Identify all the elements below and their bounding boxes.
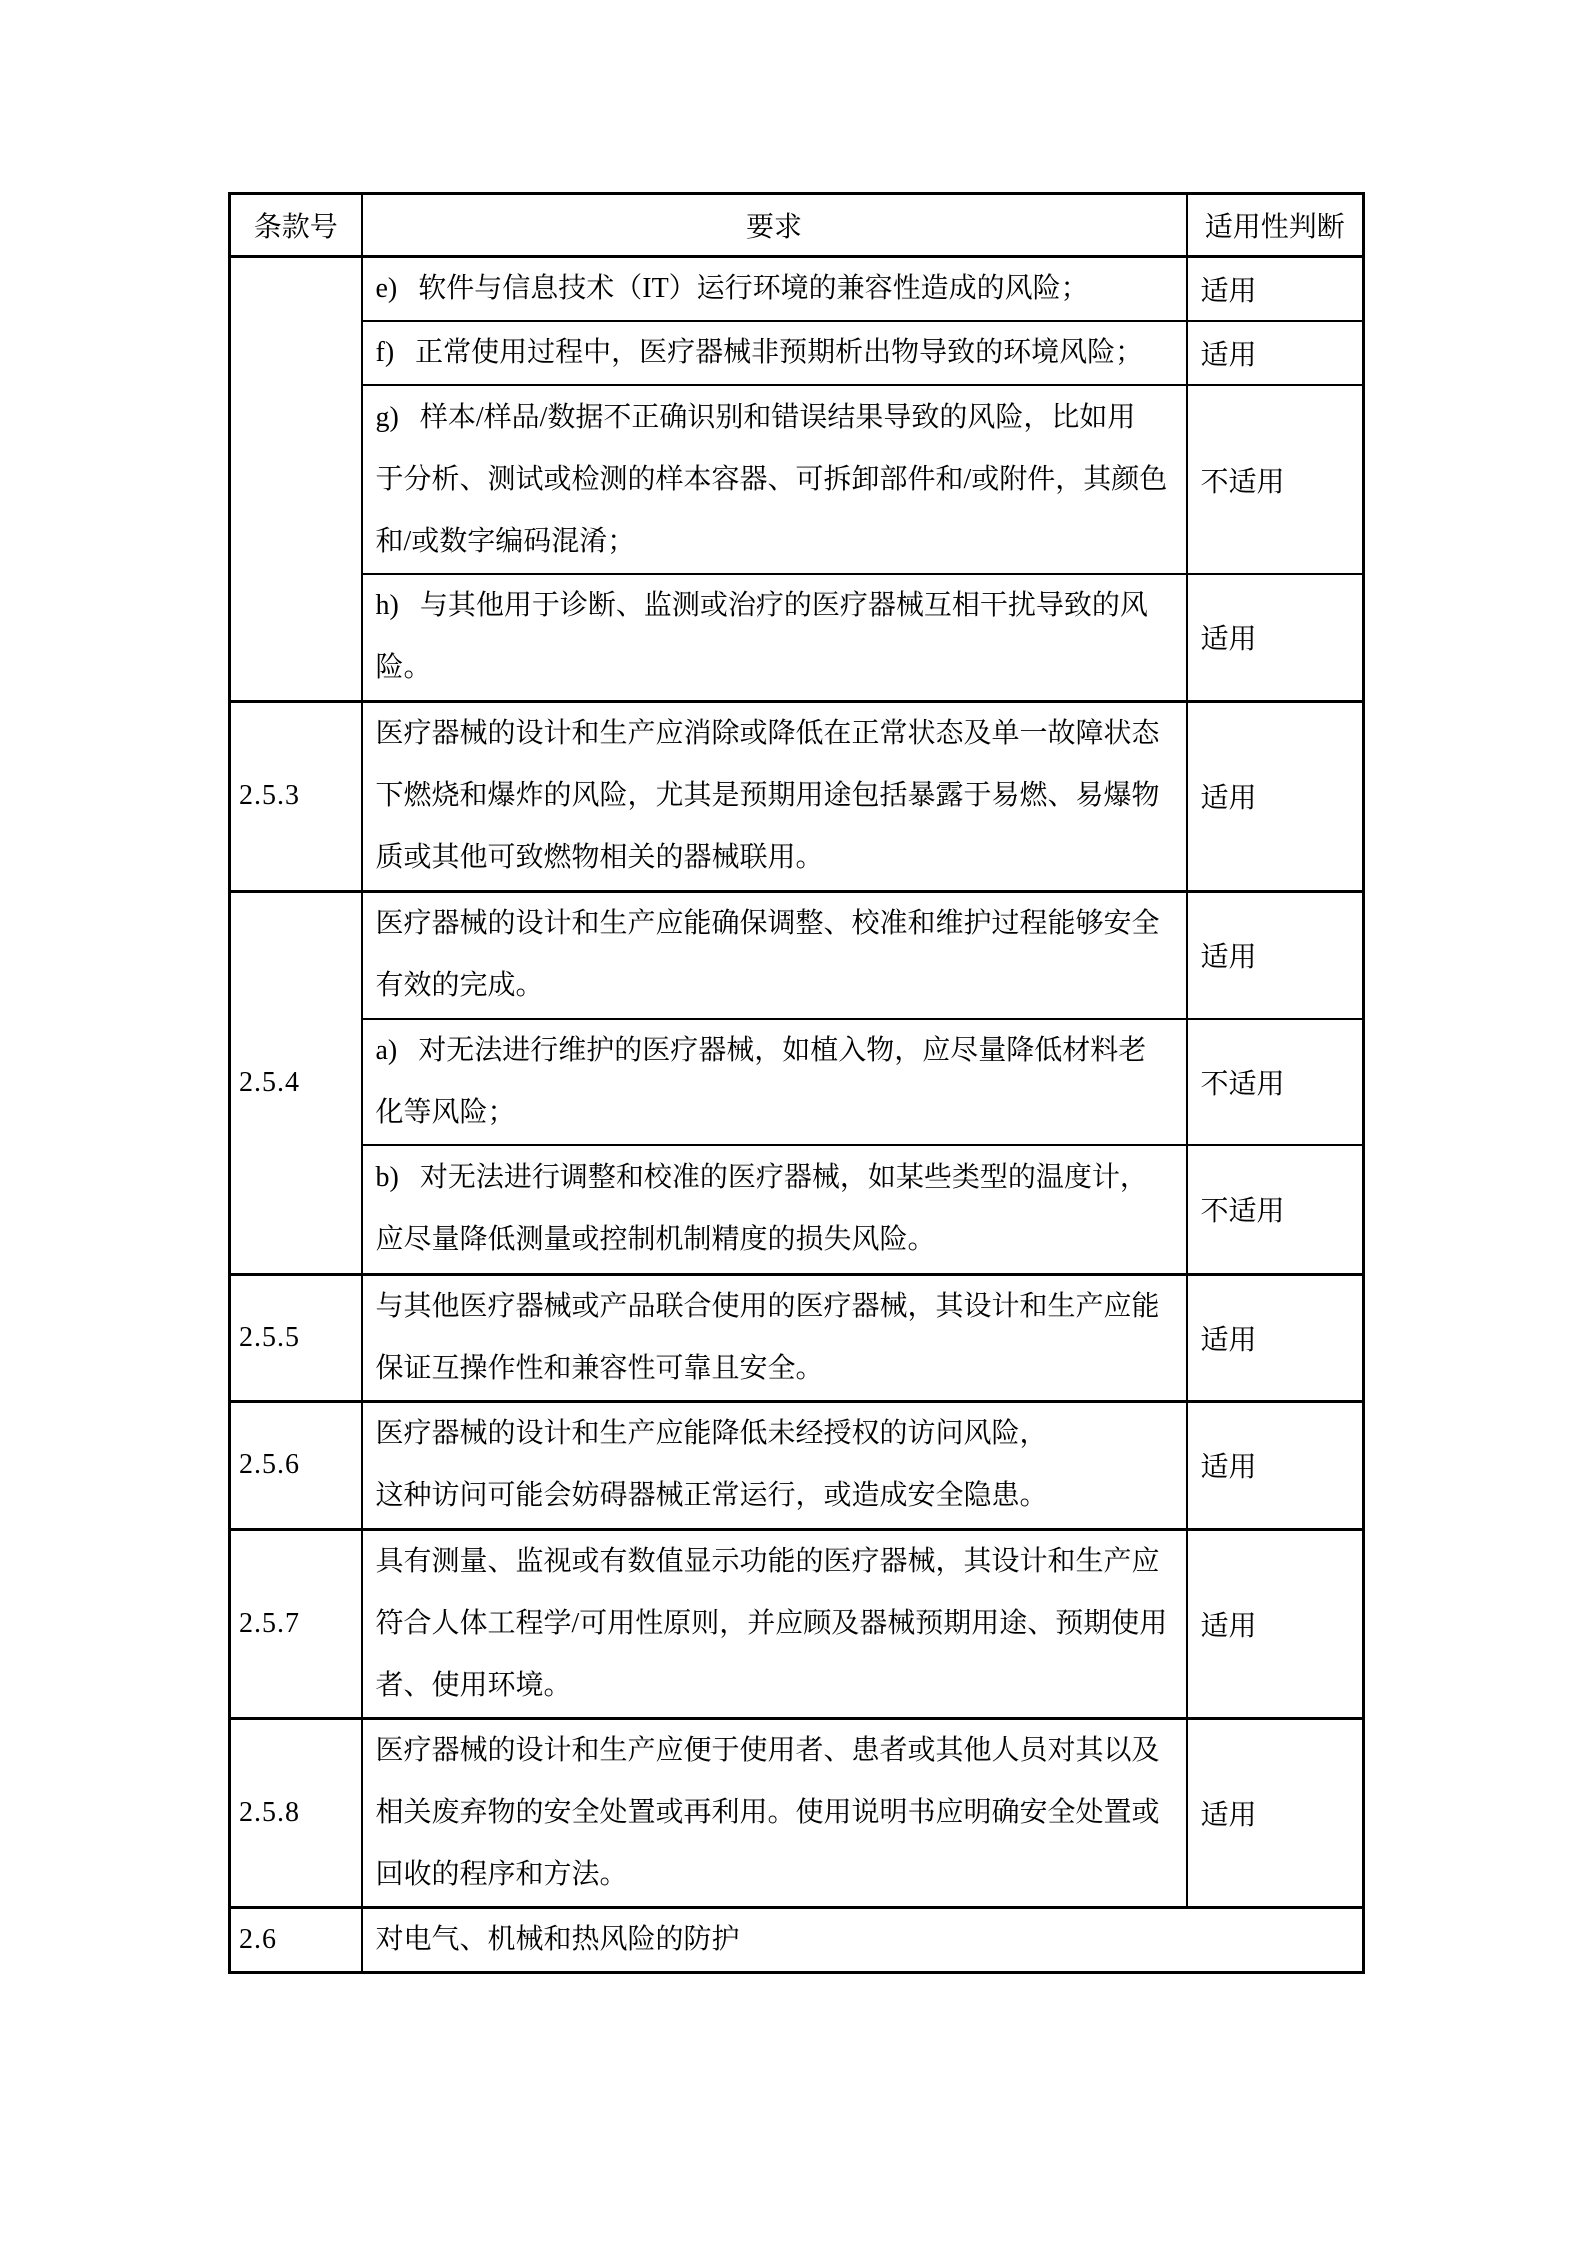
clause-cell: 2.5.6 <box>230 1401 362 1529</box>
requirement-cell: 与其他医疗器械或产品联合使用的医疗器械，其设计和生产应能 保证互操作性和兼容性可… <box>362 1274 1187 1401</box>
requirement-cell: 医疗器械的设计和生产应能确保调整、校准和维护过程能够安全 有效的完成。 <box>362 891 1187 1019</box>
table-row: 2.5.3 医疗器械的设计和生产应消除或降低在正常状态及单一故障状态 下燃烧和爆… <box>230 701 1364 891</box>
document-page: 条款号 要求 适用性判断 e) 软件与信息技术（IT）运行环境的兼容性造成的风险… <box>0 0 1587 2245</box>
requirement-cell: e) 软件与信息技术（IT）运行环境的兼容性造成的风险； <box>362 257 1187 322</box>
verdict-cell: 适用 <box>1187 1529 1364 1718</box>
requirement-cell: 医疗器械的设计和生产应能降低未经授权的访问风险， 这种访问可能会妨碍器械正常运行… <box>362 1401 1187 1529</box>
verdict-cell: 不适用 <box>1187 1019 1364 1145</box>
verdict-cell: 适用 <box>1187 321 1364 385</box>
clause-cell <box>230 257 362 702</box>
verdict-cell: 适用 <box>1187 1274 1364 1401</box>
clause-cell: 2.6 <box>230 1907 362 1972</box>
table-row: g) 样本/样品/数据不正确识别和错误结果导致的风险，比如用 于分析、测试或检测… <box>230 385 1364 574</box>
table-row: 2.5.8 医疗器械的设计和生产应便于使用者、患者或其他人员对其以及 相关废弃物… <box>230 1718 1364 1907</box>
table-row: 2.5.7 具有测量、监视或有数值显示功能的医疗器械，其设计和生产应 符合人体工… <box>230 1529 1364 1718</box>
table-row: 2.6 对电气、机械和热风险的防护 <box>230 1907 1364 1972</box>
verdict-cell: 不适用 <box>1187 1145 1364 1274</box>
requirement-cell: 医疗器械的设计和生产应便于使用者、患者或其他人员对其以及 相关废弃物的安全处置或… <box>362 1718 1187 1907</box>
table-row: a) 对无法进行维护的医疗器械，如植入物，应尽量降低材料老 化等风险； 不适用 <box>230 1019 1364 1145</box>
requirement-cell: b) 对无法进行调整和校准的医疗器械，如某些类型的温度计， 应尽量降低测量或控制… <box>362 1145 1187 1274</box>
table-row: h) 与其他用于诊断、监测或治疗的医疗器械互相干扰导致的风 险。 适用 <box>230 574 1364 701</box>
verdict-cell: 适用 <box>1187 257 1364 322</box>
verdict-cell: 适用 <box>1187 701 1364 891</box>
requirement-cell: 对电气、机械和热风险的防护 <box>362 1907 1364 1972</box>
col-header-clause: 条款号 <box>230 194 362 257</box>
requirement-cell: 具有测量、监视或有数值显示功能的医疗器械，其设计和生产应 符合人体工程学/可用性… <box>362 1529 1187 1718</box>
verdict-cell: 适用 <box>1187 891 1364 1019</box>
clause-cell: 2.5.5 <box>230 1274 362 1401</box>
clause-cell: 2.5.7 <box>230 1529 362 1718</box>
table-row: f) 正常使用过程中，医疗器械非预期析出物导致的环境风险； 适用 <box>230 321 1364 385</box>
requirement-cell: 医疗器械的设计和生产应消除或降低在正常状态及单一故障状态 下燃烧和爆炸的风险，尤… <box>362 701 1187 891</box>
verdict-cell: 适用 <box>1187 574 1364 701</box>
col-header-applicability: 适用性判断 <box>1187 194 1364 257</box>
table-row: e) 软件与信息技术（IT）运行环境的兼容性造成的风险； 适用 <box>230 257 1364 322</box>
verdict-cell: 适用 <box>1187 1401 1364 1529</box>
clause-cell: 2.5.8 <box>230 1718 362 1907</box>
requirement-cell: h) 与其他用于诊断、监测或治疗的医疗器械互相干扰导致的风 险。 <box>362 574 1187 701</box>
table-row: 2.5.4 医疗器械的设计和生产应能确保调整、校准和维护过程能够安全 有效的完成… <box>230 891 1364 1019</box>
applicability-table: 条款号 要求 适用性判断 e) 软件与信息技术（IT）运行环境的兼容性造成的风险… <box>228 192 1365 1974</box>
verdict-cell: 适用 <box>1187 1718 1364 1907</box>
table-row: 2.5.6 医疗器械的设计和生产应能降低未经授权的访问风险， 这种访问可能会妨碍… <box>230 1401 1364 1529</box>
clause-cell: 2.5.4 <box>230 891 362 1274</box>
col-header-requirement: 要求 <box>362 194 1187 257</box>
requirement-cell: a) 对无法进行维护的医疗器械，如植入物，应尽量降低材料老 化等风险； <box>362 1019 1187 1145</box>
table-row: b) 对无法进行调整和校准的医疗器械，如某些类型的温度计， 应尽量降低测量或控制… <box>230 1145 1364 1274</box>
requirement-cell: g) 样本/样品/数据不正确识别和错误结果导致的风险，比如用 于分析、测试或检测… <box>362 385 1187 574</box>
requirement-cell: f) 正常使用过程中，医疗器械非预期析出物导致的环境风险； <box>362 321 1187 385</box>
table-row: 2.5.5 与其他医疗器械或产品联合使用的医疗器械，其设计和生产应能 保证互操作… <box>230 1274 1364 1401</box>
clause-cell: 2.5.3 <box>230 701 362 891</box>
verdict-cell: 不适用 <box>1187 385 1364 574</box>
